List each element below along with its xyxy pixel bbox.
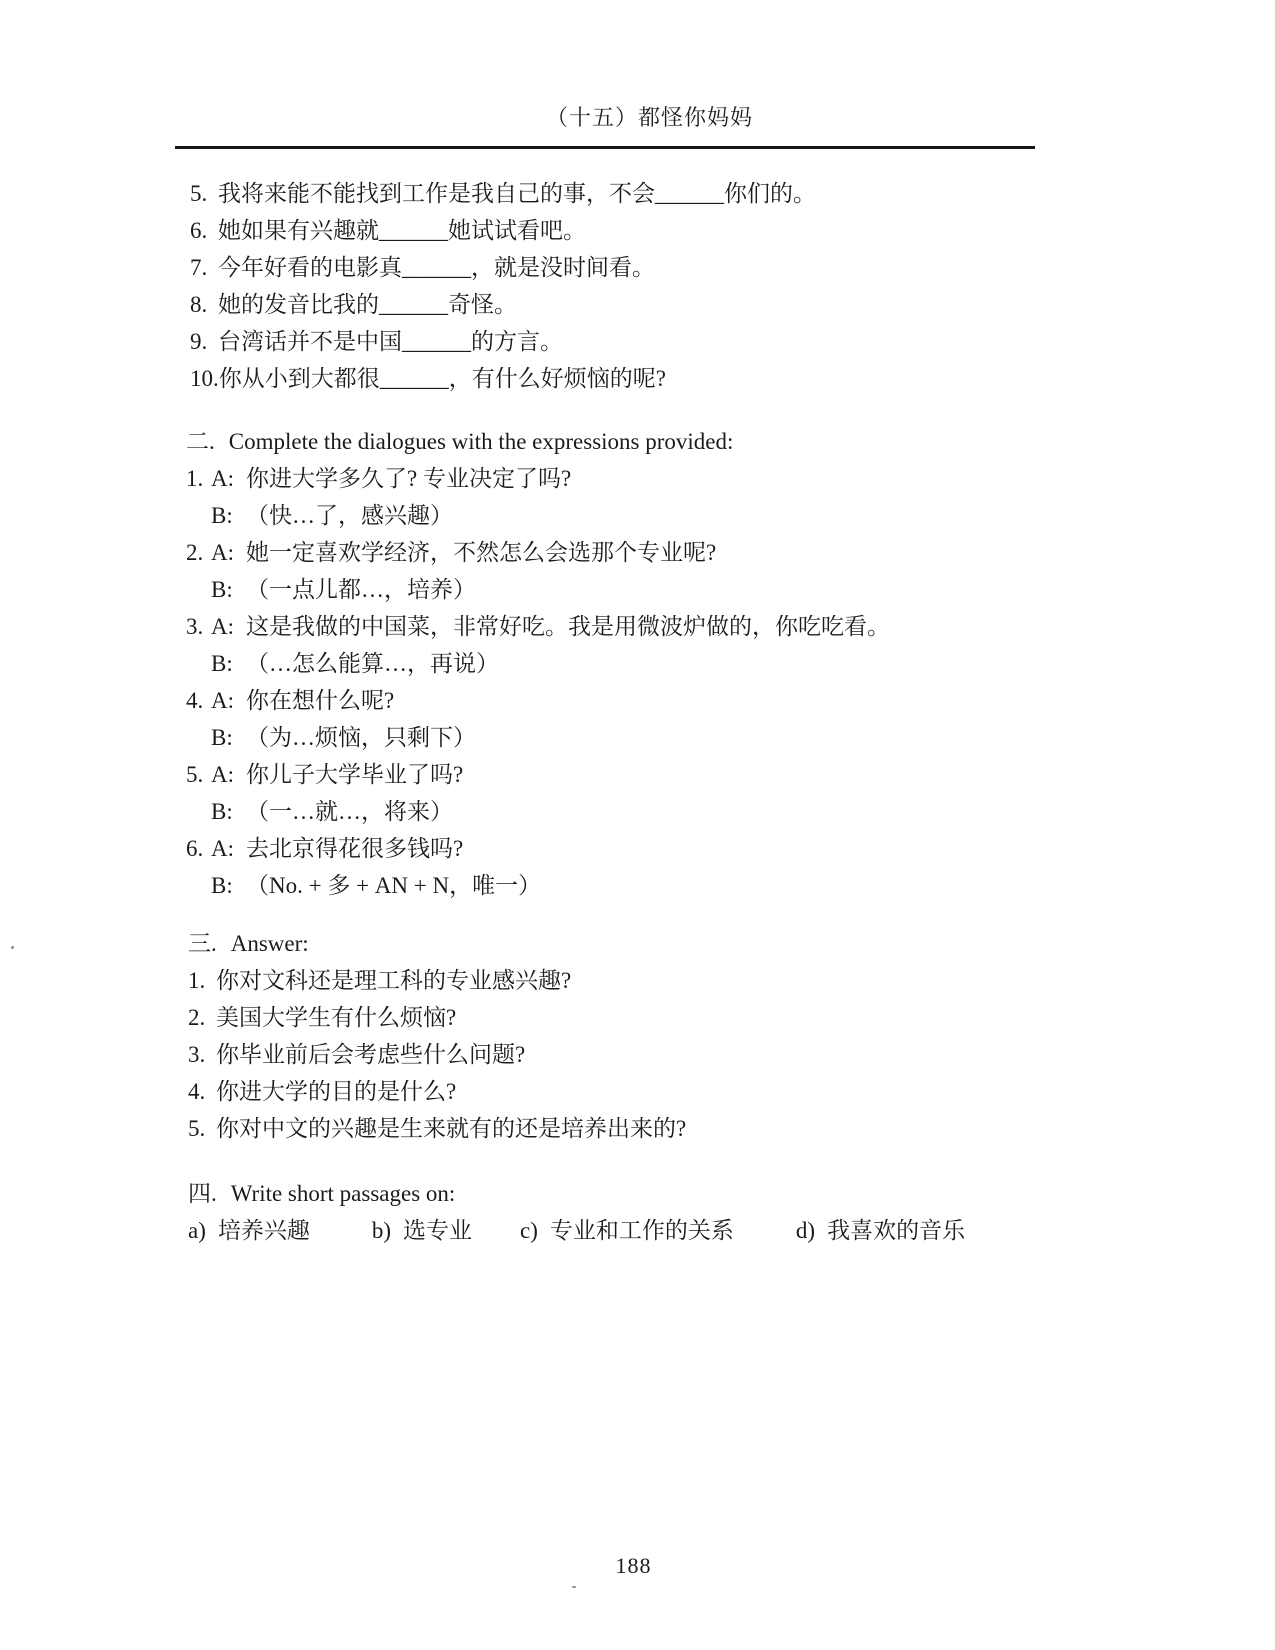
speaker-b-label: B:: [211, 719, 246, 756]
item-number: 3.: [188, 1036, 216, 1073]
dialogue-b-line: B: （一…就…，将来）: [186, 793, 890, 830]
passage-topics-row: a) 培养兴趣 b) 选专业 c) 专业和工作的关系 d) 我喜欢的音乐: [188, 1212, 965, 1249]
topic-text: 我喜欢的音乐: [827, 1212, 965, 1249]
item-number: 6.: [190, 212, 218, 249]
answer-item: 5. 你对中文的兴趣是生来就有的还是培养出来的?: [188, 1110, 686, 1147]
dialogue-b-line: B: （快…了，感兴趣）: [186, 497, 890, 534]
item-number: 5.: [190, 175, 218, 212]
item-number: 2.: [188, 999, 216, 1036]
item-text: 美国大学生有什么烦恼?: [216, 999, 456, 1036]
dialogue-a-text: 你儿子大学毕业了吗?: [246, 756, 463, 793]
section-heading-text: Answer:: [231, 925, 309, 962]
speaker-b-label: B:: [211, 867, 246, 904]
dialogue-a-line: 6. A: 去北京得花很多钱吗?: [186, 830, 890, 867]
dialogue-b-line: B: （…怎么能算…，再说）: [186, 645, 890, 682]
header-rule: [175, 146, 1035, 149]
workbook-page: （十五）都怪你妈妈 5. 我将来能不能找到工作是我自己的事，不会______你们…: [0, 0, 1275, 1650]
topic-label: b): [372, 1212, 391, 1249]
topic-label: a): [188, 1212, 206, 1249]
dialogue-b-hint: （No. + 多 + AN + N，唯一）: [246, 867, 541, 904]
dialogue-number: 6.: [186, 830, 211, 867]
scan-speck: [11, 946, 14, 949]
dialogue-number: 4.: [186, 682, 211, 719]
speaker-b-label: B:: [211, 793, 246, 830]
section-dialogues: 二. Complete the dialogues with the expre…: [186, 423, 890, 904]
dialogue-a-text: 你在想什么呢?: [246, 682, 394, 719]
item-text: 你对中文的兴趣是生来就有的还是培养出来的?: [216, 1110, 686, 1147]
item-text: 今年好看的电影真______，就是没时间看。: [218, 249, 655, 286]
dialogue-a-line: 2. A: 她一定喜欢学经济，不然怎么会选那个专业呢?: [186, 534, 890, 571]
passage-topic: a) 培养兴趣: [188, 1212, 310, 1249]
item-number: 9.: [190, 323, 218, 360]
topic-text: 专业和工作的关系: [550, 1212, 734, 1249]
item-text: 你从小到大都很______，有什么好烦恼的呢?: [219, 360, 666, 397]
dialogue-b-hint: （一…就…，将来）: [246, 793, 453, 830]
topic-label: c): [520, 1212, 538, 1249]
fill-in-item: 9. 台湾话并不是中国______的方言。: [190, 323, 816, 360]
speaker-a-label: A:: [211, 534, 246, 571]
answer-item: 4. 你进大学的目的是什么?: [188, 1073, 686, 1110]
section-marker: 二.: [186, 423, 215, 460]
fill-in-item: 5. 我将来能不能找到工作是我自己的事，不会______你们的。: [190, 175, 816, 212]
dialogue-b-hint: （快…了，感兴趣）: [246, 497, 453, 534]
topic-label: d): [796, 1212, 815, 1249]
section-answer: 三. Answer: 1. 你对文科还是理工科的专业感兴趣? 2. 美国大学生有…: [188, 925, 686, 1147]
speaker-b-label: B:: [211, 645, 246, 682]
item-number: 5.: [188, 1110, 216, 1147]
speaker-a-label: A:: [211, 608, 246, 645]
dialogue-b-line: B: （一点儿都…，培养）: [186, 571, 890, 608]
page-title: （十五）都怪你妈妈: [0, 101, 1275, 132]
dialogue-a-text: 这是我做的中国菜，非常好吃。我是用微波炉做的，你吃吃看。: [246, 608, 890, 645]
dialogue-a-line: 3. A: 这是我做的中国菜，非常好吃。我是用微波炉做的，你吃吃看。: [186, 608, 890, 645]
item-text: 你毕业前后会考虑些什么问题?: [216, 1036, 525, 1073]
item-text: 她如果有兴趣就______她试试看吧。: [218, 212, 586, 249]
scan-speck: [572, 1586, 576, 1588]
dialogue-b-hint: （一点儿都…，培养）: [246, 571, 476, 608]
speaker-a-label: A:: [211, 830, 246, 867]
fill-in-item: 6. 她如果有兴趣就______她试试看吧。: [190, 212, 816, 249]
section-heading: 二. Complete the dialogues with the expre…: [186, 423, 890, 460]
section-marker: 四.: [188, 1175, 217, 1212]
speaker-a-label: A:: [211, 682, 246, 719]
item-text: 她的发音比我的______奇怪。: [218, 286, 517, 323]
item-number: 1.: [188, 962, 216, 999]
topic-text: 培养兴趣: [218, 1212, 310, 1249]
passage-topic: c) 专业和工作的关系: [520, 1212, 734, 1249]
passage-topic: b) 选专业: [372, 1212, 472, 1249]
dialogue-a-line: 1. A: 你进大学多久了? 专业决定了吗?: [186, 460, 890, 497]
fill-in-item: 8. 她的发音比我的______奇怪。: [190, 286, 816, 323]
dialogue-number: 2.: [186, 534, 211, 571]
item-text: 我将来能不能找到工作是我自己的事，不会______你们的。: [218, 175, 816, 212]
item-text: 台湾话并不是中国______的方言。: [218, 323, 563, 360]
fill-in-item: 7. 今年好看的电影真______，就是没时间看。: [190, 249, 816, 286]
passage-topic: d) 我喜欢的音乐: [796, 1212, 965, 1249]
topic-text: 选专业: [403, 1212, 472, 1249]
section-heading-text: Complete the dialogues with the expressi…: [229, 423, 734, 460]
dialogue-b-hint: （…怎么能算…，再说）: [246, 645, 499, 682]
dialogue-a-line: 4. A: 你在想什么呢?: [186, 682, 890, 719]
item-number: 10.: [190, 360, 219, 397]
dialogue-a-text: 去北京得花很多钱吗?: [246, 830, 463, 867]
dialogue-number: 3.: [186, 608, 211, 645]
dialogue-a-text: 你进大学多久了? 专业决定了吗?: [246, 460, 571, 497]
answer-item: 3. 你毕业前后会考虑些什么问题?: [188, 1036, 686, 1073]
section-heading: 四. Write short passages on:: [188, 1175, 965, 1212]
dialogue-b-line: B: （为…烦恼，只剩下）: [186, 719, 890, 756]
section-heading: 三. Answer:: [188, 925, 686, 962]
dialogue-number: 1.: [186, 460, 211, 497]
section-heading-text: Write short passages on:: [231, 1175, 456, 1212]
section-passages: 四. Write short passages on: a) 培养兴趣 b) 选…: [188, 1175, 965, 1249]
answer-item: 1. 你对文科还是理工科的专业感兴趣?: [188, 962, 686, 999]
item-number: 8.: [190, 286, 218, 323]
page-number: 188: [0, 1553, 1275, 1579]
dialogue-a-line: 5. A: 你儿子大学毕业了吗?: [186, 756, 890, 793]
speaker-b-label: B:: [211, 571, 246, 608]
dialogue-number: 5.: [186, 756, 211, 793]
speaker-b-label: B:: [211, 497, 246, 534]
speaker-a-label: A:: [211, 756, 246, 793]
section-fill-in-blanks: 5. 我将来能不能找到工作是我自己的事，不会______你们的。 6. 她如果有…: [190, 175, 816, 397]
section-marker: 三.: [188, 925, 217, 962]
speaker-a-label: A:: [211, 460, 246, 497]
dialogue-b-hint: （为…烦恼，只剩下）: [246, 719, 476, 756]
dialogue-a-text: 她一定喜欢学经济，不然怎么会选那个专业呢?: [246, 534, 716, 571]
dialogue-b-line: B: （No. + 多 + AN + N，唯一）: [186, 867, 890, 904]
item-text: 你进大学的目的是什么?: [216, 1073, 456, 1110]
item-text: 你对文科还是理工科的专业感兴趣?: [216, 962, 571, 999]
fill-in-item: 10. 你从小到大都很______，有什么好烦恼的呢?: [190, 360, 816, 397]
item-number: 7.: [190, 249, 218, 286]
answer-item: 2. 美国大学生有什么烦恼?: [188, 999, 686, 1036]
item-number: 4.: [188, 1073, 216, 1110]
